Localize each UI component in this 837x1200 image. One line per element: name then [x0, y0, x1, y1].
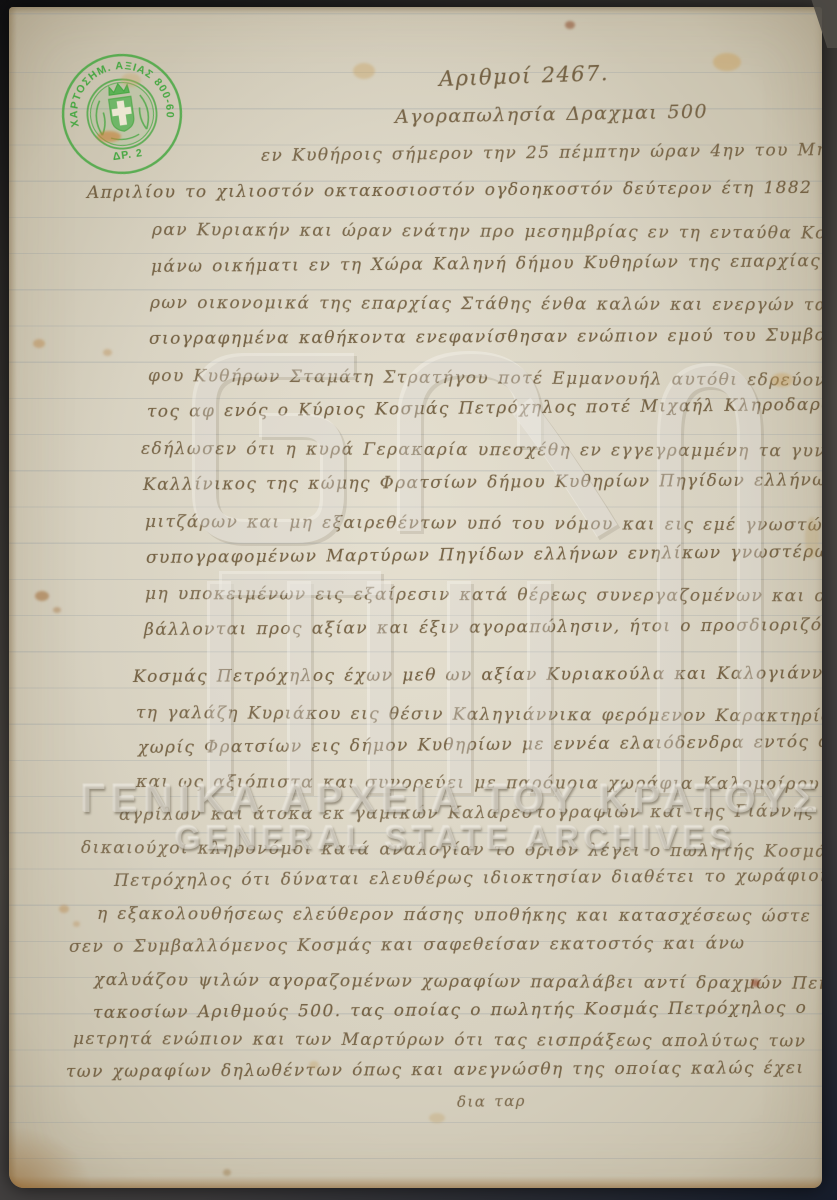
manuscript-line: αγρίλων και άτοκα εκ γαμικών Καλαρεστογρ…: [119, 801, 822, 825]
paper-corner-stain: [9, 1126, 93, 1188]
paper-edge-left: [9, 7, 17, 1188]
manuscript-line: ρων οικονομικά της επαρχίας Στάθης ένθα …: [150, 293, 822, 316]
revenue-stamp-icon: ΧΑΡΤΟΣΗΜ. ΑΞΙΑΣ 800-600 ΔΡ. 2: [51, 43, 193, 185]
manuscript-line: μη υποκειμένων εις εξαίρεσιν κατά θέρεως…: [145, 584, 822, 606]
manuscript-line: μετρητά ενώπιον και των Μαρτύρων ότι τας…: [73, 1029, 806, 1052]
manuscript-line: των χωραφίων δηλωθέντων όπως και ανεγνώσ…: [66, 1058, 805, 1082]
manuscript-line: σιογραφημένα καθήκοντα ενεφανίσθησαν ενώ…: [149, 325, 822, 349]
manuscript-line: χαλυάζου ψιλών αγοραζομένων χωραφίων παρ…: [94, 970, 822, 994]
manuscript-line: σεν ο Συμβαλλόμενος Κοσμάς και σαφεθείσα…: [69, 933, 746, 957]
manuscript-line: ραν Κυριακήν και ώραν ενάτην προ μεσημβρ…: [152, 220, 822, 244]
manuscript-line: δικαιούχοι κληρονόμοι κατά αναλογίαν το …: [81, 838, 822, 862]
paper-edge-top: [9, 7, 822, 14]
manuscript-line: και ως αξιόπιστα και συνορεύει με παρόμο…: [136, 772, 822, 795]
document-page: ΧΑΡΤΟΣΗΜ. ΑΞΙΑΣ 800-600 ΔΡ. 2 Αριθμοί 24…: [9, 7, 822, 1188]
manuscript-line: μιτζάρων και μη εξαιρεθέντων υπό του νόμ…: [145, 512, 822, 536]
manuscript-line: η εξακολουθήσεως ελεύθερον πάσης υποθήκη…: [97, 904, 811, 926]
manuscript-line: εδήλωσεν ότι η κυρά Γερακαρία υπεσχέθη ε…: [141, 439, 822, 462]
scanned-document: ΧΑΡΤΟΣΗΜ. ΑΞΙΑΣ 800-600 ΔΡ. 2 Αριθμοί 24…: [0, 0, 837, 1200]
manuscript-line: Κοσμάς Πετρόχηλος έχων μεθ ων αξίαν Κυρι…: [133, 663, 822, 687]
stamp-denomination-text: ΔΡ. 2: [112, 147, 144, 163]
paper-edge-bottom: [9, 1176, 822, 1188]
manuscript-line: τη γαλάζη Κυριάκου εις θέσιν Καληγιάννικ…: [136, 703, 822, 727]
manuscript-line: δια ταρ: [457, 1092, 526, 1111]
